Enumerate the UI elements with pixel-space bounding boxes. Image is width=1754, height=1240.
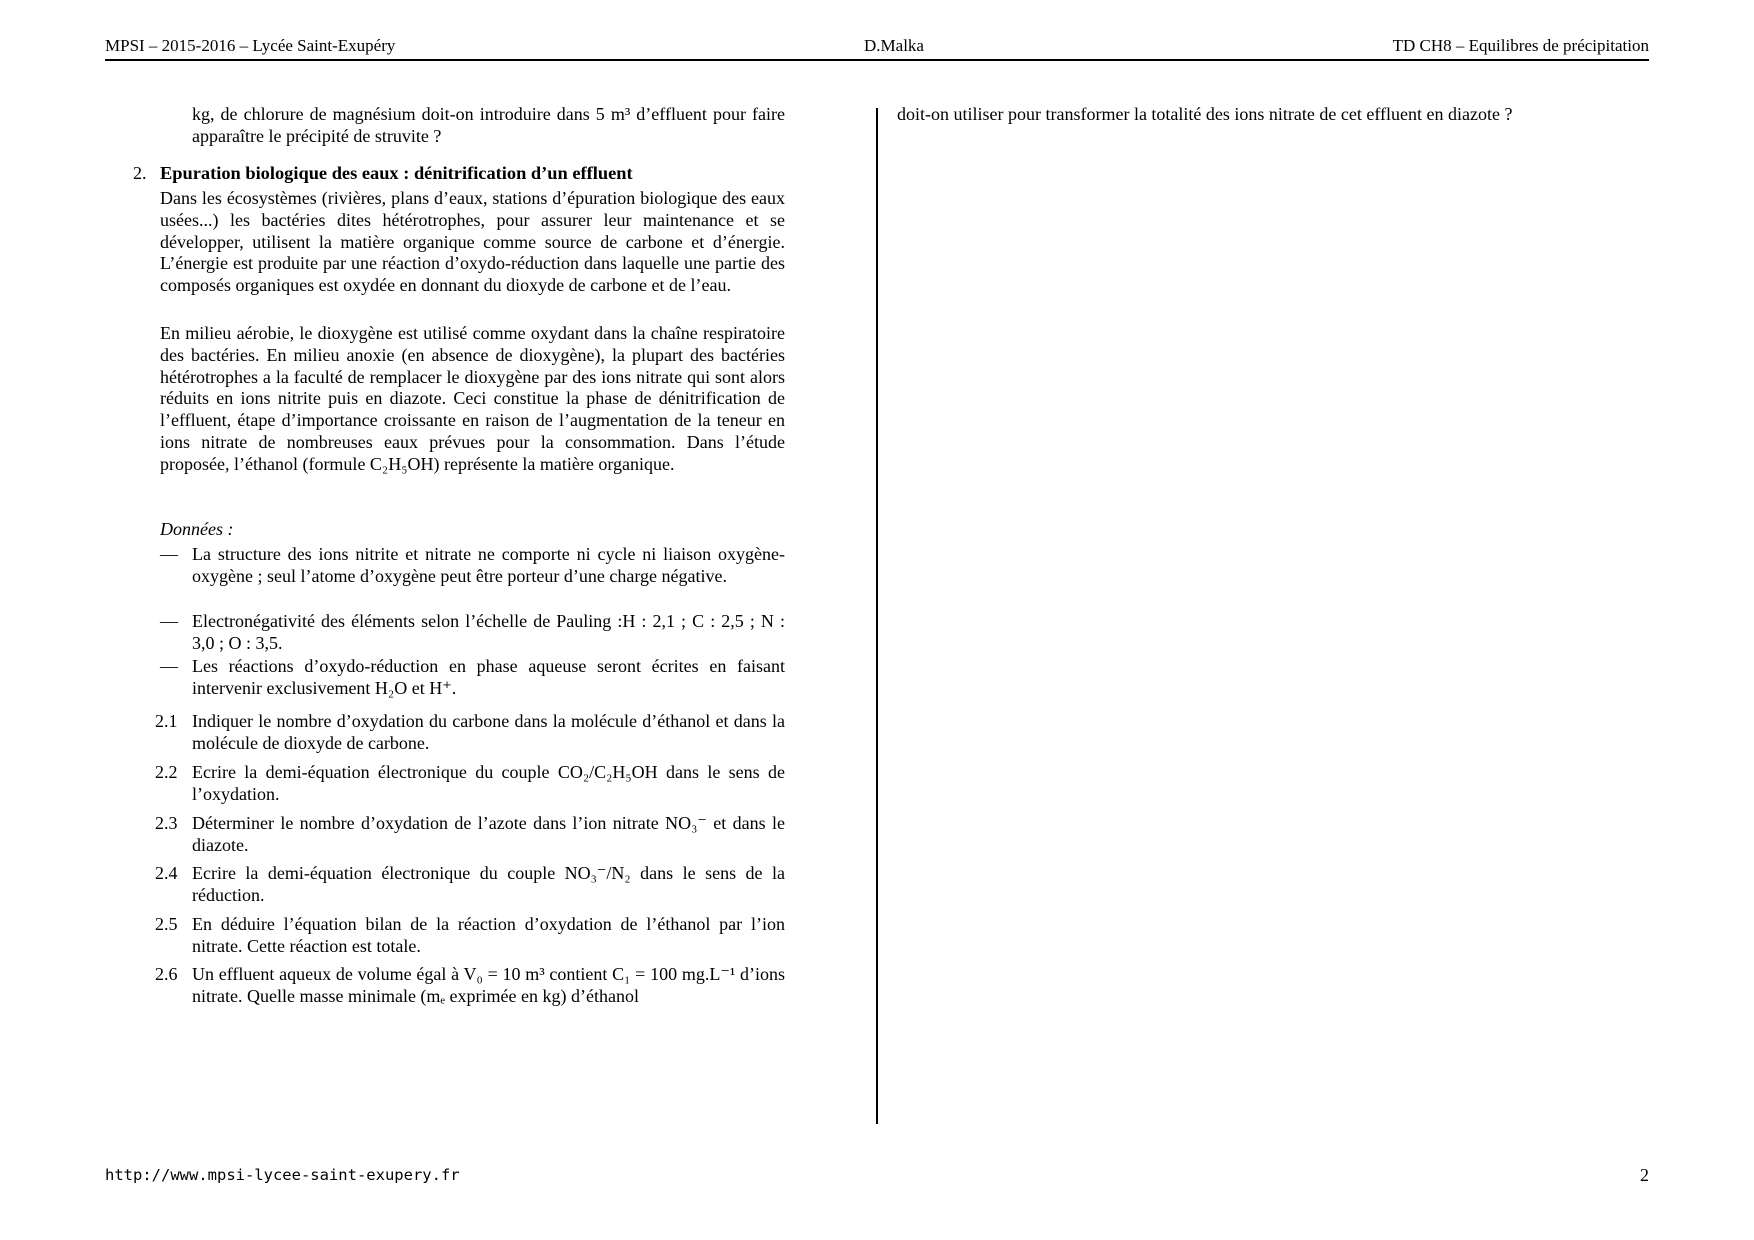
header-chapter: TD CH8 – Equilibres de précipitation <box>1393 36 1649 56</box>
bullet-dash-icon: — <box>160 611 178 633</box>
bullet-dash-icon: — <box>160 544 178 566</box>
page-number: 2 <box>1580 1164 1649 1186</box>
header-rule <box>105 59 1649 61</box>
question-text: Ecrire la demi-équation électronique du … <box>192 863 785 907</box>
bullet-dash-icon: — <box>160 656 178 678</box>
question-number: 2.6 <box>155 964 178 986</box>
question-text: En déduire l’équation bilan de la réacti… <box>192 914 785 958</box>
donnees-item-electronegativite: Electronégativité des éléments selon l’é… <box>192 611 785 655</box>
footer-url[interactable]: http://www.mpsi-lycee-saint-exupery.fr <box>105 1166 460 1185</box>
paragraph-ecosystemes: Dans les écosystèmes (rivières, plans d’… <box>160 188 785 297</box>
question-text: Ecrire la demi-équation électronique du … <box>192 762 785 806</box>
section-number: 2. <box>133 162 147 184</box>
header-author: D.Malka <box>864 36 924 56</box>
question-text: Un effluent aqueux de volume égal à V₀ =… <box>192 964 785 1008</box>
question-number: 2.2 <box>155 762 178 784</box>
column-divider <box>876 108 878 1124</box>
paragraph-milieu-aerobie: En milieu aérobie, le dioxygène est util… <box>160 323 785 476</box>
header-course: MPSI – 2015-2016 – Lycée Saint-Exupéry <box>105 36 395 56</box>
question-number: 2.1 <box>155 711 178 733</box>
document-page: MPSI – 2015-2016 – Lycée Saint-Exupéry D… <box>0 0 1754 1240</box>
question-text: Indiquer le nombre d’oxydation du carbon… <box>192 711 785 755</box>
question-number: 2.3 <box>155 813 178 835</box>
continuation-paragraph: kg, de chlorure de magnésium doit-on int… <box>192 104 785 148</box>
question-text: Déterminer le nombre d’oxydation de l’az… <box>192 813 785 857</box>
donnees-item-reactions: Les réactions d’oxydo-réduction en phase… <box>192 656 785 700</box>
section-title: Epuration biologique des eaux : dénitrif… <box>160 162 800 184</box>
donnees-label: Données : <box>160 518 233 540</box>
question-number: 2.4 <box>155 863 178 885</box>
donnees-item-structure: La structure des ions nitrite et nitrate… <box>192 544 785 588</box>
question-number: 2.5 <box>155 914 178 936</box>
right-column-text: doit-on utiliser pour transformer la tot… <box>897 104 1622 126</box>
page-header: MPSI – 2015-2016 – Lycée Saint-Exupéry D… <box>105 36 1649 56</box>
